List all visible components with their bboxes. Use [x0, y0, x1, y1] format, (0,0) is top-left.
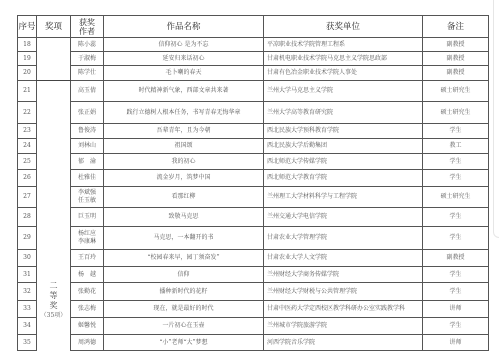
table-row: 33 张志梅 现在，就是最好的时代 甘肃中医药大学定西校区教学科研办公室实践教学…	[18, 301, 489, 318]
cell-unit: 甘肃机电职业技术学院马克思主义学院思政部	[264, 52, 423, 66]
cell-author: 刘林山	[71, 139, 104, 154]
table-row: 22 张正娟 践行立德树人根本任务，书写青春无悔华章 兰州大学高等教育研究院 硕…	[18, 102, 489, 124]
cell-note: 副教授	[423, 38, 489, 52]
cell-work: 播种新时代的花籽	[104, 283, 264, 301]
cell-note: 学生	[423, 170, 489, 187]
table-row: 21 二等奖 （35项） 高玉倩 时代精神新气象，西部文章共来著 兰州大学马克思…	[18, 81, 489, 102]
table-row: 27 李斌强 任玉敏 看那红柳 兰州理工大学材料科学与工程学院 硕士研究生	[18, 187, 489, 208]
cell-note: 硕士研究生	[423, 102, 489, 124]
cell-unit: 兰州大学高等教育研究院	[264, 102, 423, 124]
cell-work: 吾辈青年，且为今朝	[104, 124, 264, 139]
table-row: 18 陈小蕊 信仰初心 是为不忘 平凉职业技术学院管理工程系 副教授	[18, 38, 489, 52]
cell-seq: 27	[18, 187, 37, 208]
header-row: 序号 奖项 获奖作者 作品名称 获奖单位 备注	[18, 16, 489, 38]
cell-author-text: 李斌强 任玉敏	[76, 189, 98, 205]
table-row: 25 郁 渝 我的初心 西北师范大学传媒学院 学生	[18, 154, 489, 170]
cell-seq: 21	[18, 81, 37, 102]
cell-work: 延安归来话初心	[104, 52, 264, 66]
cell-unit: 西北民族大学后勤集团	[264, 139, 423, 154]
table-row: 34 姬馨悦 一片初心在玉壶 兰州城市学院旅游学院 学生	[18, 318, 489, 335]
cell-work: 信仰	[104, 267, 264, 283]
header-award: 奖项	[37, 16, 71, 38]
header-author: 获奖作者	[71, 16, 104, 38]
cell-author: 巨玉明	[71, 208, 104, 227]
cell-author: 杨红应 李康琳	[71, 227, 104, 250]
cell-work: 信仰初心 是为不忘	[104, 38, 264, 52]
cell-work: 现在，就是最好的时代	[104, 301, 264, 318]
table-row: 29 杨红应 李康琳 马克思，一本翻开的书 甘肃农业大学管理学院 学生	[18, 227, 489, 250]
cell-unit: 兰州交通大学电信学院	[264, 208, 423, 227]
header-unit: 获奖单位	[264, 16, 423, 38]
cell-author: 王百玲	[71, 250, 104, 267]
cell-seq: 29	[18, 227, 37, 250]
cell-work: 一片初心在玉壶	[104, 318, 264, 335]
table-row: 28 巨玉明 致敬马克思 兰州交通大学电信学院 学生	[18, 208, 489, 227]
cell-author: 李斌强 任玉敏	[71, 187, 104, 208]
cell-unit: 平凉职业技术学院管理工程系	[264, 38, 423, 52]
award-label: 二等奖	[49, 281, 59, 311]
cell-author: 陈学仕	[71, 66, 104, 81]
table-row: 24 刘林山 祖国颂 西北民族大学后勤集团 教工	[18, 139, 489, 154]
document-page: 序号 奖项 获奖作者 作品名称 获奖单位 备注 18 陈小蕊 信仰初心 是为不忘…	[0, 0, 499, 360]
cell-author: 于淑梅	[71, 52, 104, 66]
cell-unit: 甘肃中医药大学定西校区教学科研办公室实践教学科	[264, 301, 423, 318]
cell-seq: 24	[18, 139, 37, 154]
scroll-panel-edge[interactable]	[493, 0, 499, 238]
cell-note: 学生	[423, 267, 489, 283]
cell-seq: 20	[18, 66, 37, 81]
cell-author: 郁 渝	[71, 154, 104, 170]
cell-work: 时代精神新气象，西部文章共来著	[104, 81, 264, 102]
cell-work: 践行立德树人根本任务，书写青春无悔华章	[104, 102, 264, 124]
award-cell-second-prize: 二等奖 （35项）	[37, 81, 71, 351]
table-row: 31 杨 越 信仰 兰州财经大学商务传媒学院 学生	[18, 267, 489, 283]
award-count: （35项）	[37, 312, 70, 320]
cell-author: 周鸿德	[71, 335, 104, 351]
award-cell-prev	[37, 38, 71, 81]
cell-note: 学生	[423, 208, 489, 227]
cell-unit: 兰州大学马克思主义学院	[264, 81, 423, 102]
table-row: 19 于淑梅 延安归来话初心 甘肃机电职业技术学院马克思主义学院思政部 副教授	[18, 52, 489, 66]
cell-unit: 西北民族大学预科教育学院	[264, 124, 423, 139]
cell-work: 毛卜喇的春天	[104, 66, 264, 81]
cell-seq: 18	[18, 38, 37, 52]
header-author-text: 获奖作者	[78, 18, 96, 36]
cell-work: 看那红柳	[104, 187, 264, 208]
cell-author: 张志梅	[71, 301, 104, 318]
cell-seq: 34	[18, 318, 37, 335]
cell-work: 致敬马克思	[104, 208, 264, 227]
cell-seq: 35	[18, 335, 37, 351]
header-seq: 序号	[18, 16, 37, 38]
header-work: 作品名称	[104, 16, 264, 38]
cell-note: 学生	[423, 318, 489, 335]
header-note: 备注	[423, 16, 489, 38]
cell-note: 学生	[423, 124, 489, 139]
cell-seq: 22	[18, 102, 37, 124]
cell-seq: 32	[18, 283, 37, 301]
cell-author-text: 杨红应 李康琳	[76, 230, 98, 246]
cell-note: 讲师	[423, 301, 489, 318]
cell-work: 我的初心	[104, 154, 264, 170]
cell-author: 姬馨悦	[71, 318, 104, 335]
cell-unit: 甘肃农业大学人文学院	[264, 250, 423, 267]
cell-author: 杨 越	[71, 267, 104, 283]
cell-author: 鲁俊涛	[71, 124, 104, 139]
cell-seq: 26	[18, 170, 37, 187]
cell-note: 学生	[423, 227, 489, 250]
cell-seq: 30	[18, 250, 37, 267]
cell-note: 学生	[423, 283, 489, 301]
cell-note: 副教授	[423, 66, 489, 81]
cell-note: 学生	[423, 154, 489, 170]
cell-seq: 33	[18, 301, 37, 318]
cell-author: 张勤花	[71, 283, 104, 301]
cell-seq: 25	[18, 154, 37, 170]
cell-work: “小”老师“大”梦想	[104, 335, 264, 351]
cell-note: 副教授	[423, 250, 489, 267]
cell-author: 高玉倩	[71, 81, 104, 102]
cell-author: 张正娟	[71, 102, 104, 124]
cell-unit: 西北师范大学传媒学院	[264, 154, 423, 170]
cell-seq: 31	[18, 267, 37, 283]
cell-unit: 兰州财经大学商务传媒学院	[264, 267, 423, 283]
cell-seq: 19	[18, 52, 37, 66]
cell-unit: 兰州理工大学材料科学与工程学院	[264, 187, 423, 208]
cell-work: 流金岁月，筑梦中国	[104, 170, 264, 187]
cell-note: 硕士研究生	[423, 81, 489, 102]
table-row: 20 陈学仕 毛卜喇的春天 甘肃有色冶金职业技术学院人事处 副教授	[18, 66, 489, 81]
cell-work: 祖国颂	[104, 139, 264, 154]
award-table: 序号 奖项 获奖作者 作品名称 获奖单位 备注 18 陈小蕊 信仰初心 是为不忘…	[17, 15, 489, 351]
cell-note: 教工	[423, 139, 489, 154]
table-row: 30 王百玲 “校园春来早，园丁须奋发” 甘肃农业大学人文学院 副教授	[18, 250, 489, 267]
cell-unit: 兰州财经大学财税与公共管理学院	[264, 283, 423, 301]
table-row: 32 张勤花 播种新时代的花籽 兰州财经大学财税与公共管理学院 学生	[18, 283, 489, 301]
table-row: 26 杜雅佳 流金岁月，筑梦中国 西北师范大学教育学院 学生	[18, 170, 489, 187]
cell-unit: 西北师范大学教育学院	[264, 170, 423, 187]
table-row: 23 鲁俊涛 吾辈青年，且为今朝 西北民族大学预科教育学院 学生	[18, 124, 489, 139]
cell-note: 讲师	[423, 335, 489, 351]
cell-work: “校园春来早，园丁须奋发”	[104, 250, 264, 267]
cell-author: 陈小蕊	[71, 38, 104, 52]
cell-note: 硕士研究生	[423, 187, 489, 208]
cell-author: 杜雅佳	[71, 170, 104, 187]
cell-work: 马克思，一本翻开的书	[104, 227, 264, 250]
cell-unit: 甘肃有色冶金职业技术学院人事处	[264, 66, 423, 81]
cell-unit: 兰州城市学院旅游学院	[264, 318, 423, 335]
cell-unit: 河西学院音乐学院	[264, 335, 423, 351]
cell-seq: 23	[18, 124, 37, 139]
cell-note: 副教授	[423, 52, 489, 66]
cell-unit: 甘肃农业大学管理学院	[264, 227, 423, 250]
table-row: 35 周鸿德 “小”老师“大”梦想 河西学院音乐学院 讲师	[18, 335, 489, 351]
cell-seq: 28	[18, 208, 37, 227]
